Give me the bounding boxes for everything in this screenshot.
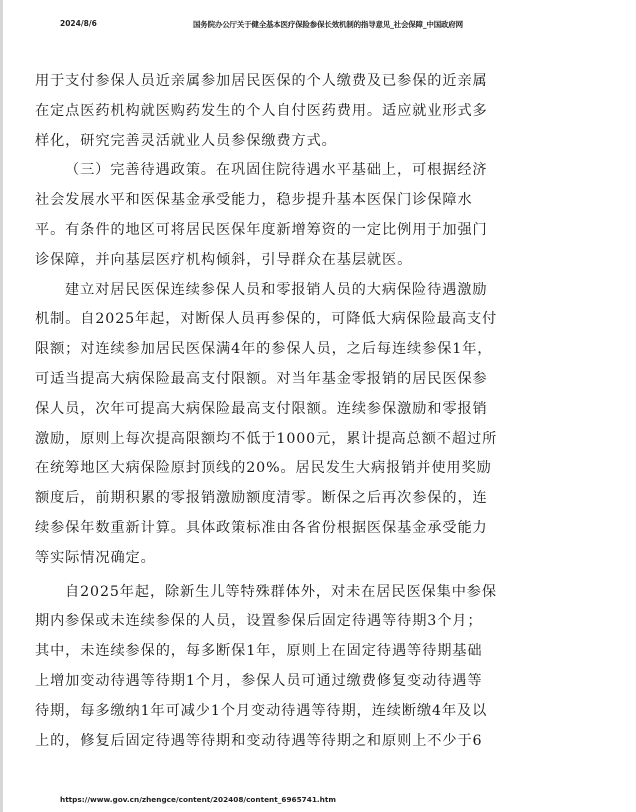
text-line: 上增加变动待遇等待期1个月，参保人员可通过缴费修复变动待遇等 (35, 667, 461, 697)
section-heading: （三）完善待遇政策。 (65, 162, 216, 178)
page-footer-url: https://www.gov.cn/zhengce/content/20240… (60, 795, 336, 804)
text-line: 在统筹地区大病保险原封顶线的20%。居民发生大病报销并使用奖励 (35, 454, 461, 484)
text-line: 限额；对连续参加居民医保满4年的参保人员，之后每连续参保1年， (35, 335, 461, 365)
text-line: 建立对居民医保连续参保人员和零报销人员的大病保险待遇激励 (35, 276, 461, 306)
text-line: 平。有条件的地区可将居民医保年度新增筹资的一定比例用于加强门 (35, 216, 461, 246)
page-title: 国务院办公厅关于健全基本医疗保险参保长效机制的指导意见_社会保障_中国政府网 (193, 19, 463, 30)
text-span: 在巩固住院待遇水平基础上，可根据经济 (216, 162, 488, 178)
text-line: 可适当提高大病保险最高支付限额。对当年基金零报销的居民医保参 (35, 365, 461, 395)
text-line: 自2025年起，除新生儿等特殊群体外，对未在居民医保集中参保 (35, 578, 461, 608)
text-line: 上的，修复后固定待遇等待期和变动待遇等待期之和原则上不少于6 (35, 727, 461, 757)
text-line: 待期，每多缴纳1年可减少1个月变动待遇等待期，连续断缴4年及以 (35, 697, 461, 727)
paragraph-1: 用于支付参保人员近亲属参加居民医保的个人缴费及已参保的近亲属 在定点医药机构就医… (35, 67, 461, 156)
text-line: 诊保障，并向基层医疗机构倾斜，引导群众在基层就医。 (35, 246, 461, 276)
text-line: 样化，研究完善灵活就业人员参保缴费方式。 (35, 127, 461, 157)
text-line: 用于支付参保人员近亲属参加居民医保的个人缴费及已参保的近亲属 (35, 67, 461, 97)
text-line: 机制。自2025年起，对断保人员再参保的，可降低大病保险最高支付 (35, 305, 461, 335)
text-line: 保人员，次年可提高大病保险最高支付限额。连续参保激励和零报销 (35, 395, 461, 425)
text-line: （三）完善待遇政策。在巩固住院待遇水平基础上，可根据经济 (35, 156, 461, 186)
document-body: 用于支付参保人员近亲属参加居民医保的个人缴费及已参保的近亲属 在定点医药机构就医… (35, 67, 461, 756)
text-line: 激励，原则上每次提高限额均不低于1000元，累计提高总额不超过所 (35, 425, 461, 455)
text-line: 社会发展水平和医保基金承受能力，稳步提升基本医保门诊保障水 (35, 186, 461, 216)
text-line: 等实际情况确定。 (35, 544, 461, 574)
paragraph-2: （三）完善待遇政策。在巩固住院待遇水平基础上，可根据经济 社会发展水平和医保基金… (35, 156, 461, 275)
text-line: 额度后，前期积累的零报销激励额度清零。断保之后再次参保的，连 (35, 484, 461, 514)
paragraph-3: 建立对居民医保连续参保人员和零报销人员的大病保险待遇激励 机制。自2025年起，… (35, 276, 461, 574)
text-line: 其中，未连续参保的，每多断保1年，原则上在固定待遇等待期基础 (35, 637, 461, 667)
text-line: 期内参保或未连续参保的人员，设置参保后固定待遇等待期3个月； (35, 607, 461, 637)
page-left-edge (0, 0, 3, 812)
page-header: 2024/8/6 国务院办公厅关于健全基本医疗保险参保长效机制的指导意见_社会保… (60, 19, 576, 33)
text-line: 在定点医药机构就医购药发生的个人自付医药费用。适应就业形式多 (35, 97, 461, 127)
print-date: 2024/8/6 (60, 19, 97, 28)
text-line: 续参保年数重新计算。具体政策标准由各省份根据医保基金承受能力 (35, 514, 461, 544)
paragraph-4: 自2025年起，除新生儿等特殊群体外，对未在居民医保集中参保 期内参保或未连续参… (35, 578, 461, 757)
